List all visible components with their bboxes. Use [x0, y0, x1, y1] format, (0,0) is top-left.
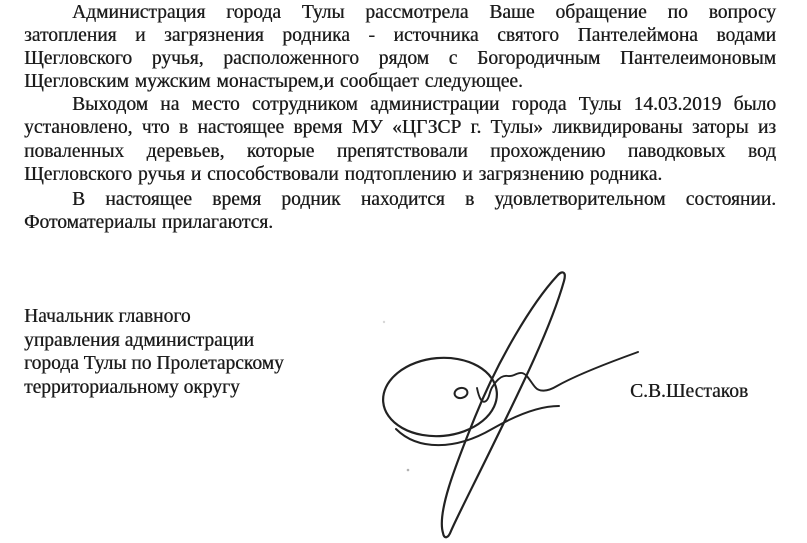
document-page: Администрация города Тулы рассмотрела Ва…	[0, 0, 807, 543]
signoff-block: Начальник главного управления администра…	[24, 305, 354, 399]
body-line: поваленных деревьев, которые препятствов…	[24, 140, 776, 163]
signer-name: С.В.Шестаков	[630, 380, 790, 404]
letter-body: Администрация города Тулы рассмотрела Ва…	[24, 1, 776, 234]
signoff-line: города Тулы по Пролетарскому	[24, 352, 354, 376]
signature-scribble	[380, 245, 650, 543]
body-line: установлено, что в настоящее время МУ «Ц…	[24, 116, 776, 139]
signoff-line: Начальник главного	[24, 305, 354, 329]
body-line: Щегловского ручья, расположенного рядом …	[24, 47, 776, 70]
signoff-line: управления администрации	[24, 329, 354, 353]
paragraph: Администрация города Тулы рассмотрела Ва…	[24, 1, 776, 93]
body-line: Щегловского ручья и способствовали подто…	[24, 163, 776, 186]
paragraph: Выходом на место сотрудником администрац…	[24, 93, 776, 185]
body-line: затопления и загрязнения родника - источ…	[24, 24, 776, 47]
paragraph: В настоящее время родник находится в удо…	[24, 188, 776, 234]
signature-icon	[380, 245, 650, 543]
body-line: Администрация города Тулы рассмотрела Ва…	[24, 1, 776, 24]
body-line: Щегловским мужским монастырем,и сообщает…	[24, 70, 776, 93]
body-line: Фотоматериалы прилагаются.	[24, 211, 776, 234]
signoff-line: территориальному округу	[24, 376, 354, 400]
body-line: В настоящее время родник находится в удо…	[24, 188, 776, 211]
body-line: Выходом на место сотрудником администрац…	[24, 93, 776, 116]
